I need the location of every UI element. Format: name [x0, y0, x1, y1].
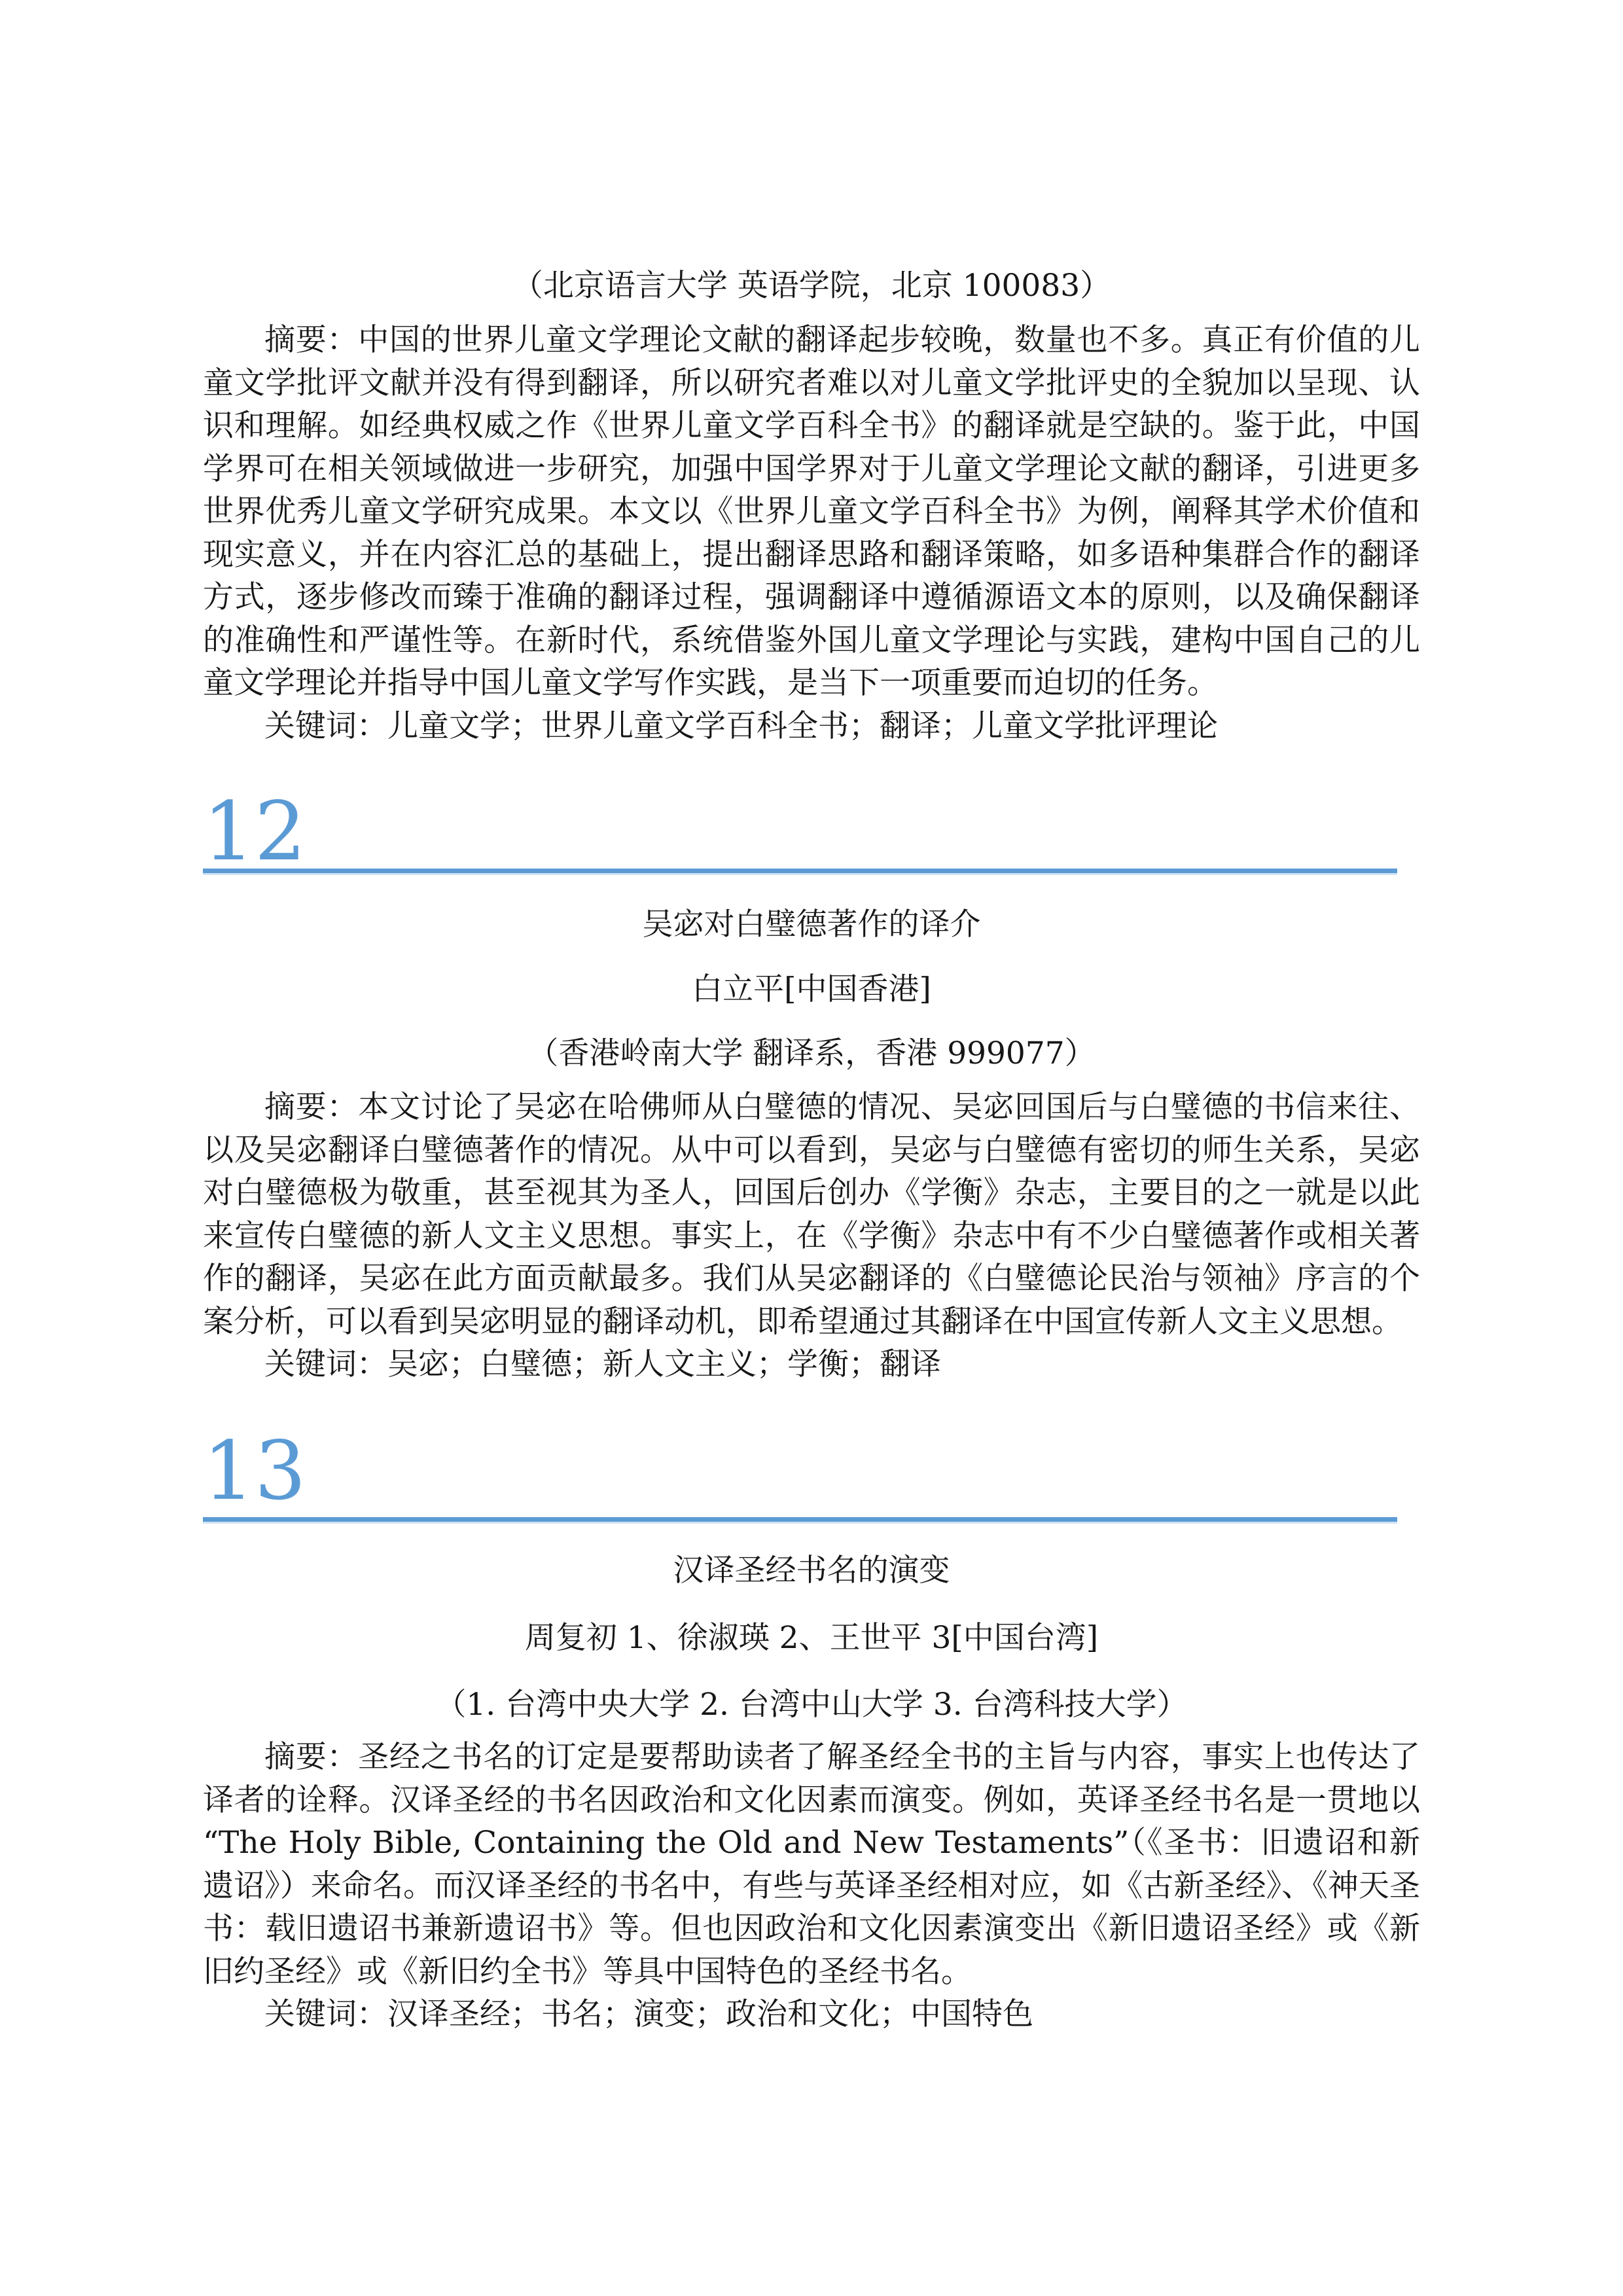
entry-affiliation: （香港岭南大学 翻译系，香港 999077）: [203, 1032, 1420, 1075]
abstract-paragraph: 摘要：圣经之书名的订定是要帮助读者了解圣经全书的主旨与内容，事实上也传达了译者的…: [203, 1736, 1420, 1993]
document-page: （北京语言大学 英语学院，北京 100083） 摘要：中国的世界儿童文学理论文献…: [0, 0, 1623, 2296]
section-divider: [203, 869, 1397, 873]
paper-title: 吴宓对白璧德著作的译介: [203, 903, 1420, 946]
paper-title: 汉译圣经书名的演变: [203, 1549, 1420, 1592]
section-number-13: 13: [203, 1431, 306, 1512]
entry-affiliation: （北京语言大学 英语学院，北京 100083）: [203, 264, 1420, 308]
keywords-paragraph: 关键词：汉译圣经；书名；演变；政治和文化；中国特色: [203, 1993, 1420, 2036]
keywords-paragraph: 关键词：吴宓；白璧德；新人文主义；学衡；翻译: [203, 1343, 1420, 1386]
keywords-paragraph: 关键词：儿童文学；世界儿童文学百科全书；翻译；儿童文学批评理论: [203, 705, 1420, 748]
section-number-12: 12: [203, 791, 306, 872]
authors-line: 周复初 1、徐淑瑛 2、王世平 3[中国台湾]: [203, 1617, 1420, 1660]
authors-line: 白立平[中国香港]: [203, 968, 1420, 1011]
entry-affiliation: （1. 台湾中央大学 2. 台湾中山大学 3. 台湾科技大学）: [203, 1683, 1420, 1727]
abstract-paragraph: 摘要：本文讨论了吴宓在哈佛师从白璧德的情况、吴宓回国后与白璧德的书信来往、以及吴…: [203, 1086, 1420, 1343]
entry-body: 摘要：中国的世界儿童文学理论文献的翻译起步较晚，数量也不多。真正有价值的儿童文学…: [203, 319, 1420, 747]
entry-body: 摘要：本文讨论了吴宓在哈佛师从白璧德的情况、吴宓回国后与白璧德的书信来往、以及吴…: [203, 1086, 1420, 1386]
abstract-paragraph: 摘要：中国的世界儿童文学理论文献的翻译起步较晚，数量也不多。真正有价值的儿童文学…: [203, 319, 1420, 705]
section-divider: [203, 1517, 1397, 1522]
entry-body: 摘要：圣经之书名的订定是要帮助读者了解圣经全书的主旨与内容，事实上也传达了译者的…: [203, 1736, 1420, 2036]
